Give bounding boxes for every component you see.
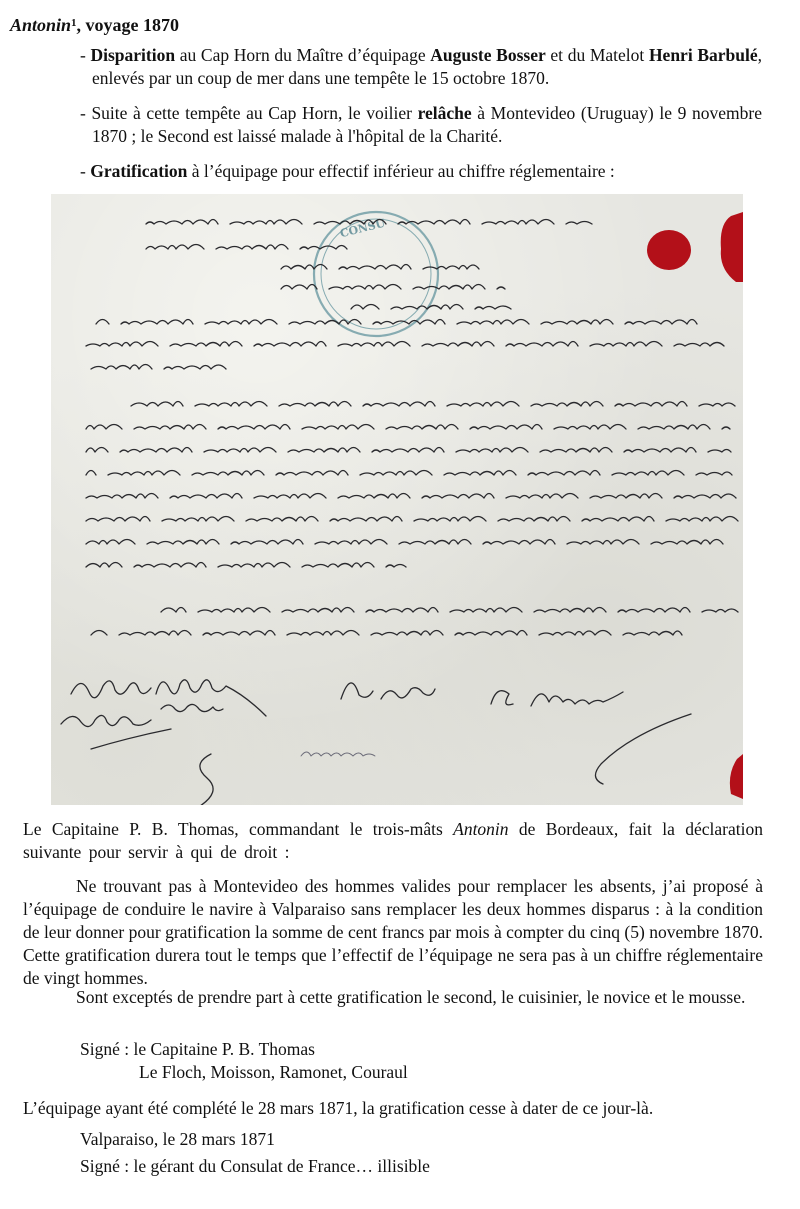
handwriting-line (86, 448, 731, 453)
place-and-date: Valparaiso, le 28 mars 1871 (80, 1128, 275, 1151)
consular-stamp: CONSU (314, 212, 438, 336)
handwriting-illustration: CONSU (51, 194, 743, 805)
manuscript-image: CONSU (51, 194, 743, 805)
signature-captain: Signé : le Capitaine P. B. Thomas (80, 1038, 315, 1061)
title-rest: , voyage 1870 (77, 15, 180, 35)
event-stopover: - Suite à cette tempête au Cap Horn, le … (80, 102, 762, 148)
event-list: - Disparition au Cap Horn du Maître d’éq… (80, 44, 762, 195)
handwriting-line (161, 608, 738, 613)
handwriting-line (86, 517, 743, 522)
signature-crew: Le Floch, Moisson, Ramonet, Couraul (139, 1061, 408, 1084)
signatures (61, 680, 691, 805)
handwriting-line (351, 305, 511, 310)
intro-ship-name: Antonin (453, 819, 508, 839)
handwriting-line (96, 320, 709, 325)
handwriting-line (86, 425, 730, 430)
document-title: Antonin1, voyage 1870 (10, 12, 179, 37)
transcription-paragraph-main: Ne trouvant pas à Montevideo des hommes … (23, 875, 763, 990)
handwriting-line (146, 245, 347, 250)
wax-seal (647, 230, 691, 270)
handwriting-line (86, 494, 736, 499)
transcription-completion-note: L’équipage ayant été complété le 28 mars… (23, 1097, 763, 1120)
handwriting-line (281, 265, 479, 270)
handwriting-line (91, 365, 226, 370)
transcription-paragraph-exceptions: Sont exceptés de prendre part à cette gr… (23, 986, 763, 1009)
event-disappearance: - Disparition au Cap Horn du Maître d’éq… (80, 44, 762, 90)
handwriting-line (86, 540, 735, 545)
wax-seal-bottom (730, 754, 743, 799)
wax-seal-edge (721, 212, 743, 282)
handwriting-line (86, 342, 724, 347)
handwriting-line (86, 471, 732, 476)
handwriting-line (86, 563, 406, 568)
handwriting-line (91, 631, 682, 636)
transcription-intro: Le Capitaine P. B. Thomas, commandant le… (23, 818, 763, 864)
intro-text-before: Le Capitaine P. B. Thomas, commandant le… (23, 819, 453, 839)
signature-consulate: Signé : le gérant du Consulat de France…… (80, 1155, 430, 1178)
handwriting-line (131, 402, 735, 407)
event-gratification: - Gratification à l’équipage pour effect… (80, 160, 762, 183)
ship-name: Antonin (10, 15, 71, 35)
